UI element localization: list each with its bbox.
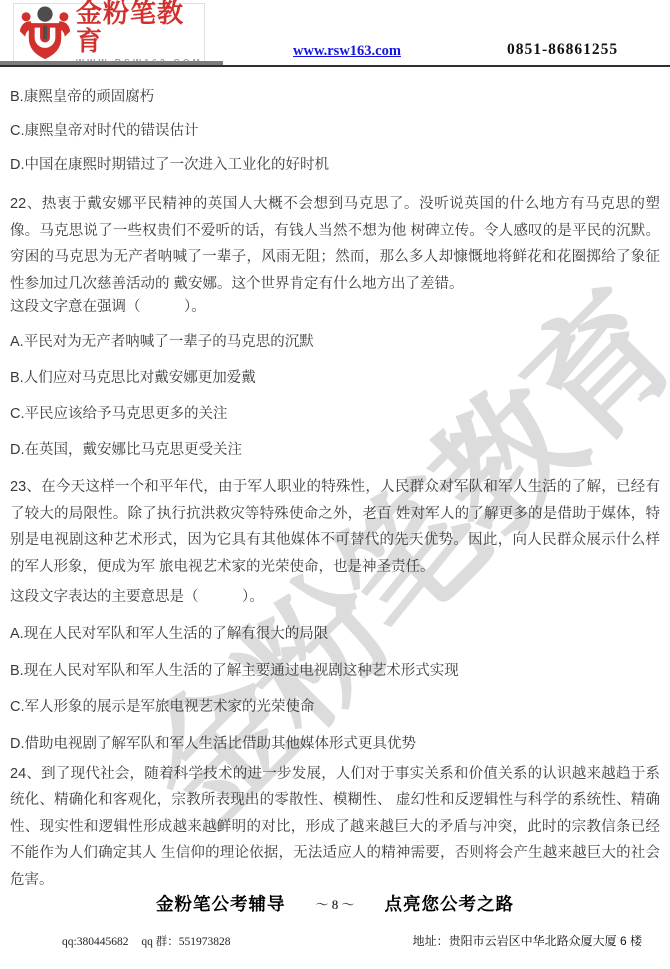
qq-number: qq:380445682	[62, 936, 128, 948]
footer-contact: qq:380445682 qq 群：551973828 地址：贵阳市云岩区中华北…	[62, 932, 642, 949]
brand-logo-icon	[18, 6, 72, 60]
q22-option-a: A.平民对为无产者呐喊了一辈子的马克思的沉默	[10, 332, 660, 352]
q22-paragraph: 22、热衷于戴安娜平民精神的英国人大概不会想到马克思了。没听说英国的什么地方有马…	[10, 191, 660, 297]
page-number: ～ 8 ～	[315, 894, 354, 913]
brand-text-block: 金粉笔教育 WWW.RSW163.COM	[76, 0, 204, 67]
page-header: 金粉笔教育 WWW.RSW163.COM www.rsw163.com 0851…	[0, 0, 670, 72]
site-link[interactable]: www.rsw163.com	[293, 43, 401, 60]
q24-paragraph: 24、到了现代社会，随着科学技术的进一步发展，人们对于事实关系和价值关系的认识越…	[10, 761, 660, 894]
footer-slogan-left: 金粉笔公考辅导	[156, 891, 286, 916]
q23-option-a: A.现在人民对军队和军人生活的了解有很大的局限	[10, 624, 660, 644]
q23-option-b: B.现在人民对军队和军人生活的了解主要通过电视剧这种艺术形式实现	[10, 661, 660, 681]
footer-slogan-right: 点亮您公考之路	[385, 891, 515, 916]
phone-number: 0851-86861255	[507, 41, 618, 59]
q23-stem: 这段文字表达的主要意思是（ ）。	[10, 587, 660, 607]
q21-option-b: B.康熙皇帝的顽固腐朽	[10, 87, 660, 107]
qq-contacts: qq:380445682 qq 群：551973828	[62, 933, 240, 949]
q23-option-c: C.军人形象的展示是军旅电视艺术家的光荣使命	[10, 697, 660, 717]
header-rule	[0, 65, 670, 67]
q22-stem: 这段文字意在强调（ ）。	[10, 297, 660, 317]
document-page: 金粉笔教育 金粉笔教育 WWW.RSW163.COM www.r	[0, 0, 670, 969]
qq-group-number: qq 群：551973828	[141, 936, 230, 948]
brand-logo: 金粉笔教育 WWW.RSW163.COM	[13, 3, 205, 63]
q22-option-d: D.在英国，戴安娜比马克思更受关注	[10, 440, 660, 460]
q23-paragraph: 23、在今天这样一个和平年代，由于军人职业的特殊性，人民群众对军队和军人生活的了…	[10, 474, 660, 580]
q23-option-d: D.借助电视剧了解军队和军人生活比借助其他媒体形式更具优势	[10, 734, 660, 754]
brand-name: 金粉笔教育	[76, 0, 204, 55]
address: 地址：贵阳市云岩区中华北路众厦大厦 6 楼	[413, 932, 642, 949]
q22-option-c: C.平民应该给予马克思更多的关注	[10, 404, 660, 424]
q21-option-c: C.康熙皇帝对时代的错误估计	[10, 121, 660, 141]
footer-slogan: 金粉笔公考辅导 ～ 8 ～ 点亮您公考之路	[0, 891, 670, 916]
q21-option-d: D.中国在康熙时期错过了一次进入工业化的好时机	[10, 155, 660, 175]
q22-option-b: B.人们应对马克思比对戴安娜更加爱戴	[10, 368, 660, 388]
question-content: B.康熙皇帝的顽固腐朽 C.康熙皇帝对时代的错误估计 D.中国在康熙时期错过了一…	[10, 80, 660, 893]
